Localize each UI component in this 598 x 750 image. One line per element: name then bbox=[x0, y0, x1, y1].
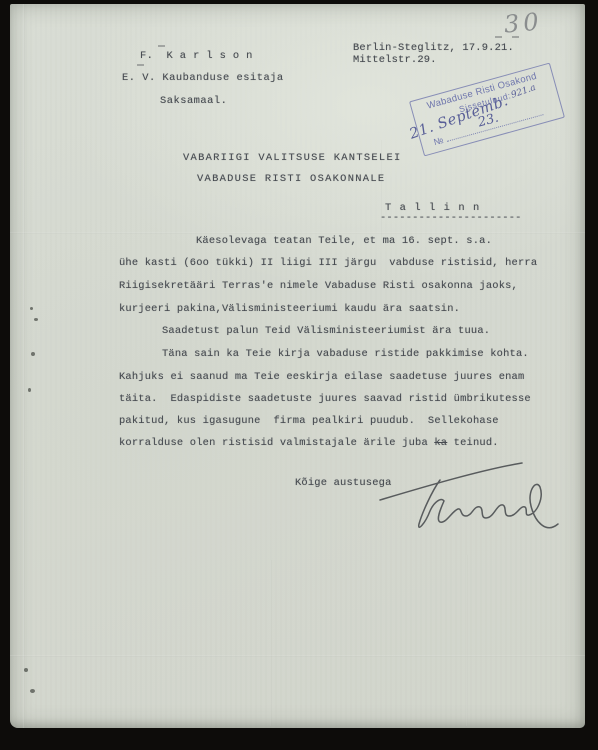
sender-name: F. K a r l s o n bbox=[140, 50, 253, 63]
sender-country: Saksamaal. bbox=[160, 95, 227, 108]
body-line: Riigisekretääri Terras'e nimele Vabaduse… bbox=[119, 280, 518, 293]
body-line: Täna sain ka Teie kirja vabaduse ristide… bbox=[162, 348, 529, 361]
recipient-city-underline: ---------------------- bbox=[380, 212, 522, 225]
body-line: Kahjuks ei saanud ma Teie eeskirja eilas… bbox=[119, 371, 524, 384]
stray-dash-mark bbox=[495, 36, 502, 38]
body-line: kurjeeri pakina,Välisministeeriumi kaudu… bbox=[119, 303, 460, 316]
binding-hole bbox=[28, 388, 31, 392]
binding-hole bbox=[24, 668, 28, 672]
document-photo: { "annotations": { "page_number_pencil":… bbox=[0, 0, 598, 750]
signature-handwriting bbox=[362, 458, 572, 544]
binding-hole bbox=[31, 352, 35, 356]
final-line-end: teinud. bbox=[447, 437, 498, 449]
body-line-final: korralduse olen ristisid valmistajale är… bbox=[119, 437, 499, 450]
recipient-org-line2: VABADUSE RISTI OSAKONNALE bbox=[197, 173, 385, 186]
final-line-text: korralduse olen ristisid valmistajale är… bbox=[119, 437, 434, 449]
binding-hole bbox=[34, 318, 38, 321]
struck-out-word: ka bbox=[434, 437, 447, 449]
binding-hole bbox=[30, 307, 33, 310]
street-address: Mittelstr.29. bbox=[353, 54, 437, 67]
stray-dash-mark bbox=[158, 45, 165, 47]
stray-dash-mark bbox=[137, 64, 144, 66]
numero-sign: № bbox=[433, 135, 445, 147]
body-line: Käesolevaga teatan Teile, et ma 16. sept… bbox=[196, 235, 492, 248]
sender-role: E. V. Kaubanduse esitaja bbox=[122, 72, 284, 85]
body-line: täita. Edaspidiste saadetuste juures saa… bbox=[119, 393, 531, 406]
binding-hole bbox=[30, 689, 35, 693]
body-line: Saadetust palun Teid Välisministeeriumis… bbox=[162, 325, 490, 338]
recipient-org-line1: VABARIIGI VALITSUSE KANTSELEI bbox=[183, 152, 402, 165]
body-line: ühe kasti (6oo tükki) II liigi III järgu… bbox=[119, 257, 537, 270]
pencil-page-number: 30 bbox=[503, 7, 544, 38]
body-line: pakitud, kus igasugune firma pealkiri pu… bbox=[119, 415, 499, 428]
